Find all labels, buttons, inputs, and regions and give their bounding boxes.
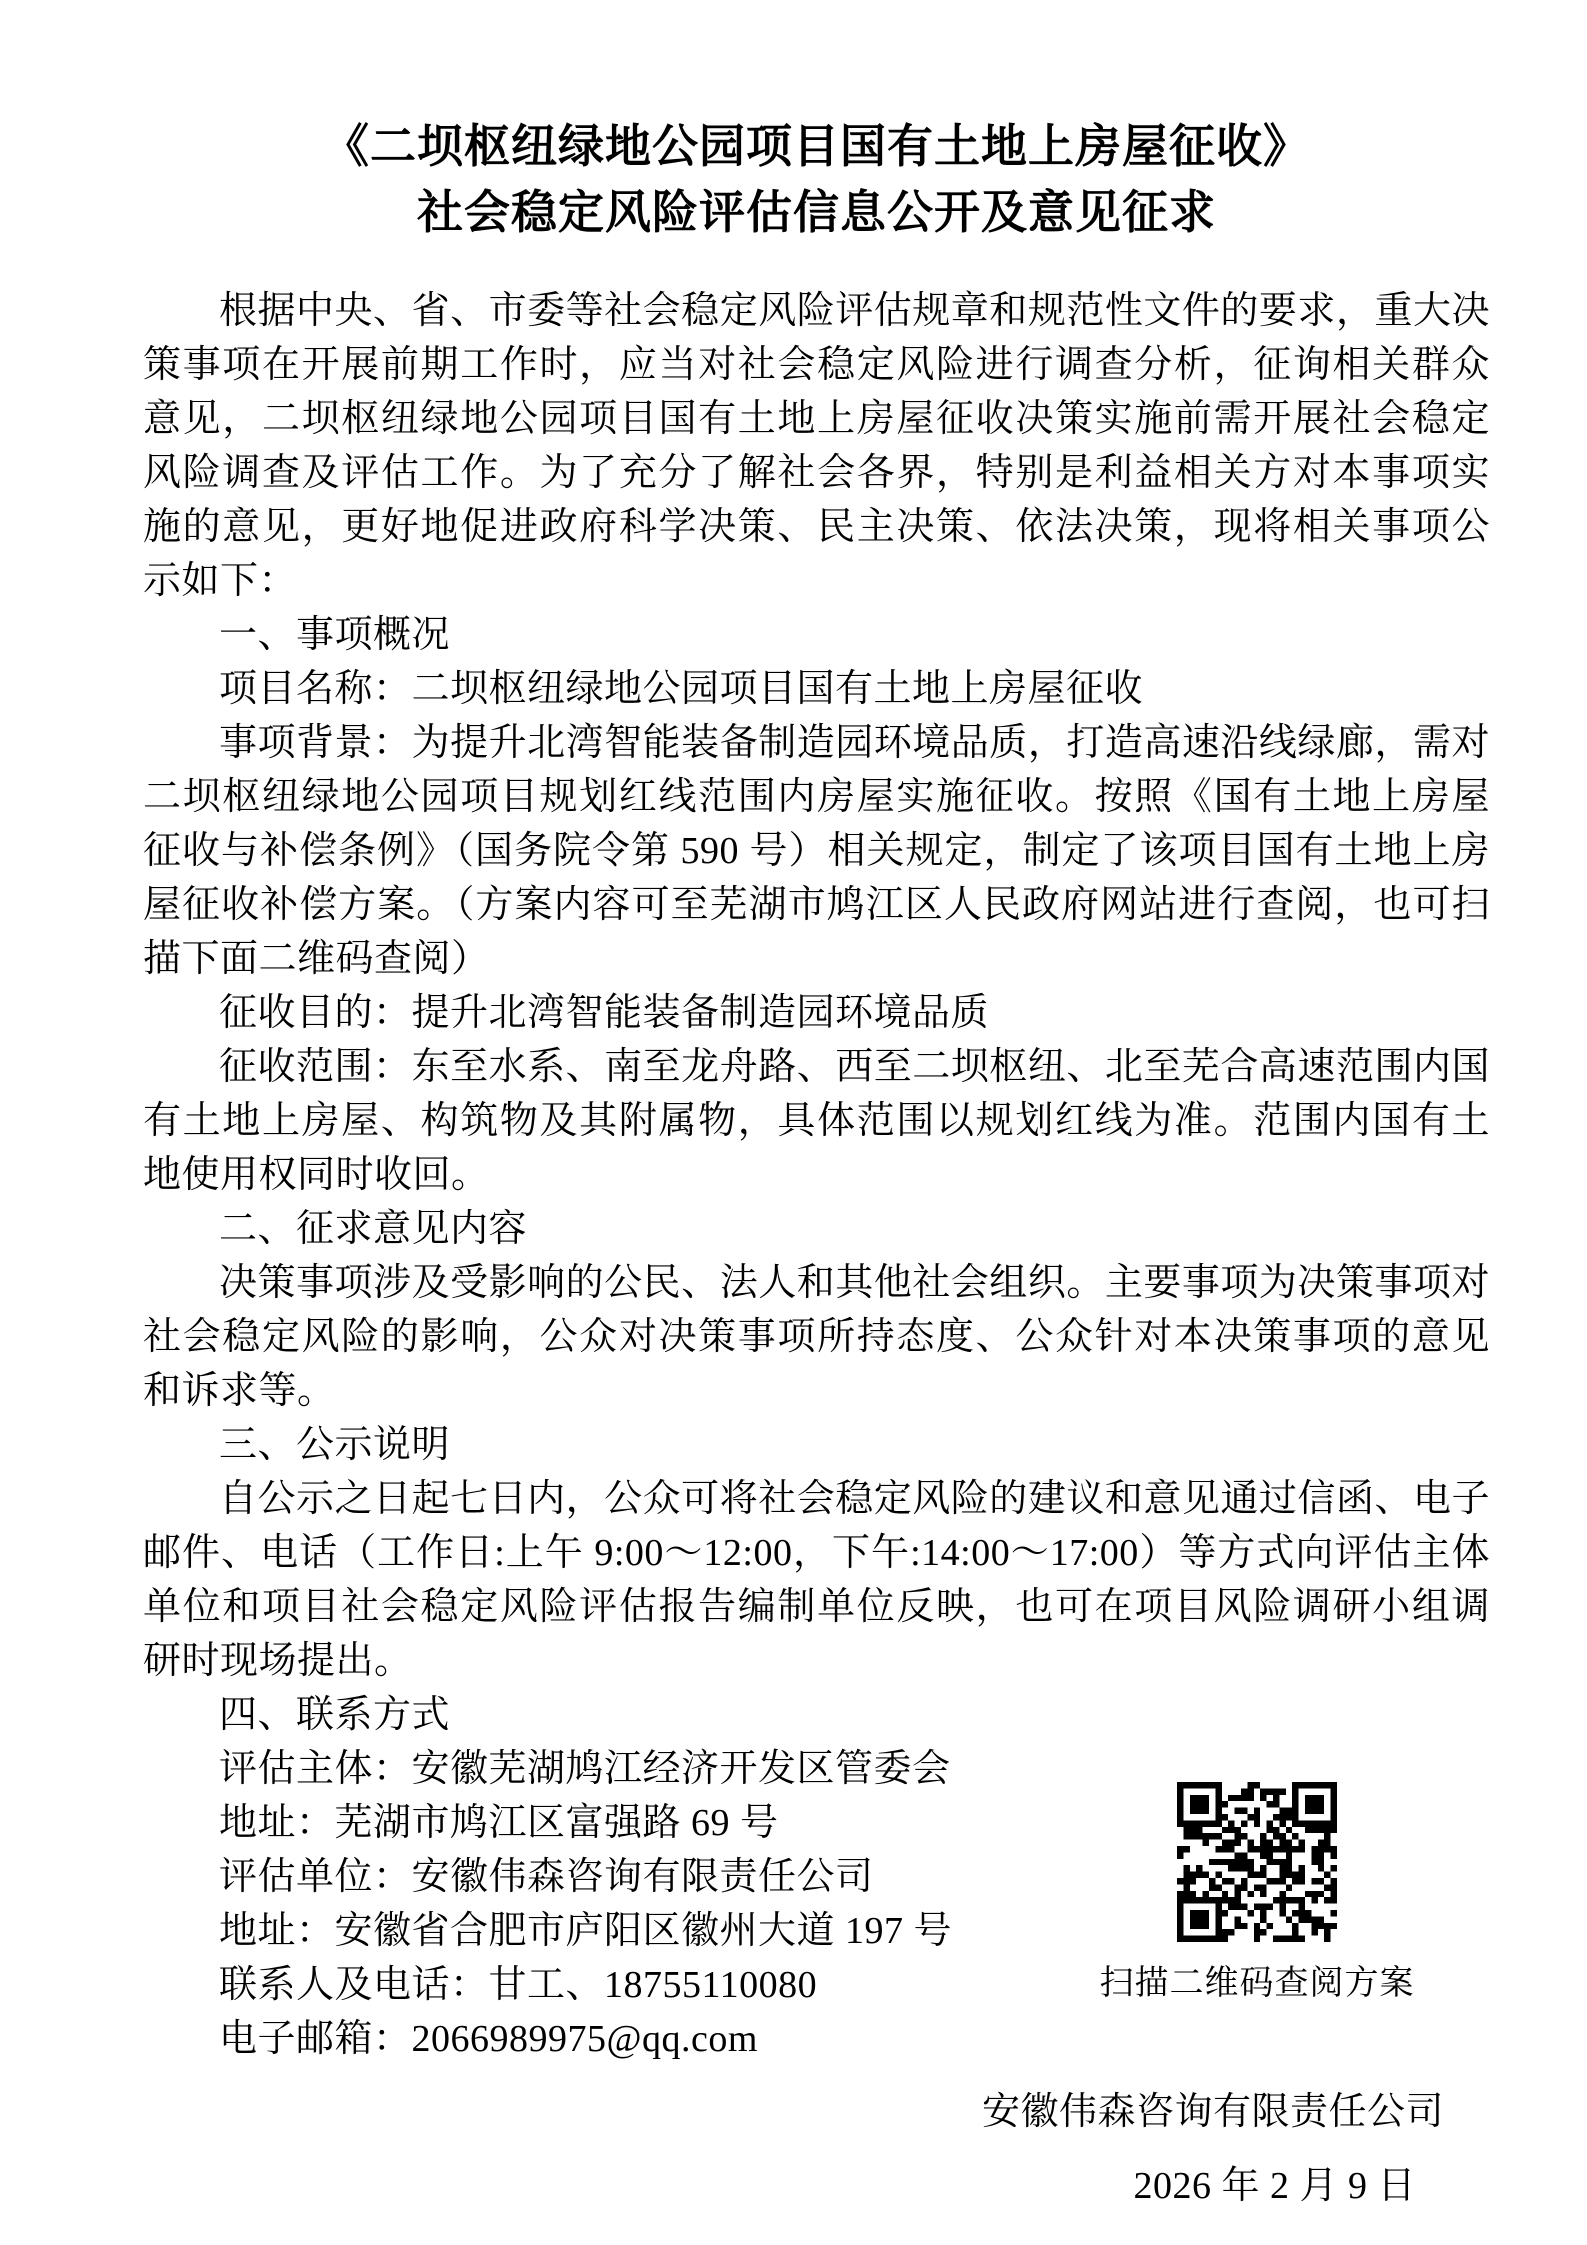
intro-paragraph: 根据中央、省、市委等社会稳定风险评估规章和规范性文件的要求，重大决策事项在开展前…: [143, 284, 1490, 608]
document-title: 《二坝枢纽绿地公园项目国有土地上房屋征收》 社会稳定风险评估信息公开及意见征求: [143, 114, 1490, 246]
contact-section: 评估主体：安徽芜湖鸠江经济开发区管委会 地址：芜湖市鸠江区富强路 69 号 评估…: [143, 1742, 1490, 2066]
section-3-heading: 三、公示说明: [143, 1418, 1490, 1472]
signature-block: 安徽伟森咨询有限责任公司 2026 年 2 月 9 日: [143, 2075, 1490, 2223]
document-title-line-1: 《二坝枢纽绿地公园项目国有土地上房屋征收》: [143, 114, 1490, 180]
qr-block: 扫描二维码查阅方案: [1097, 1782, 1417, 2004]
section-4-heading: 四、联系方式: [143, 1688, 1490, 1742]
background-paragraph: 事项背景：为提升北湾智能装备制造园环境品质，打造高速沿线绿廊，需对二坝枢纽绿地公…: [143, 716, 1490, 986]
qr-code-image: [1177, 1782, 1337, 1942]
document-page: 《二坝枢纽绿地公园项目国有土地上房屋征收》 社会稳定风险评估信息公开及意见征求 …: [0, 0, 1587, 2245]
expropriation-scope-paragraph: 征收范围：东至水系、南至龙舟路、西至二坝枢纽、北至芜合高速范围内国有土地上房屋、…: [143, 1040, 1490, 1202]
qr-caption: 扫描二维码查阅方案: [1097, 1964, 1417, 2004]
signature-company: 安徽伟森咨询有限责任公司: [143, 2075, 1444, 2149]
document-title-line-2: 社会稳定风险评估信息公开及意见征求: [143, 180, 1490, 246]
notice-paragraph: 自公示之日起七日内，公众可将社会稳定风险的建议和意见通过信函、电子邮件、电话（工…: [143, 1472, 1490, 1688]
project-name-line: 项目名称：二坝枢纽绿地公园项目国有土地上房屋征收: [143, 662, 1490, 716]
document-content: 《二坝枢纽绿地公园项目国有土地上房屋征收》 社会稳定风险评估信息公开及意见征求 …: [143, 114, 1490, 2223]
contact-email-line: 电子邮箱：2066989975@qq.com: [143, 2012, 1490, 2066]
feedback-content-paragraph: 决策事项涉及受影响的公民、法人和其他社会组织。主要事项为决策事项对社会稳定风险的…: [143, 1256, 1490, 1418]
document-body: 根据中央、省、市委等社会稳定风险评估规章和规范性文件的要求，重大决策事项在开展前…: [143, 284, 1490, 2223]
section-2-heading: 二、征求意见内容: [143, 1202, 1490, 1256]
section-1-heading: 一、事项概况: [143, 608, 1490, 662]
signature-date: 2026 年 2 月 9 日: [143, 2149, 1416, 2223]
expropriation-purpose-line: 征收目的：提升北湾智能装备制造园环境品质: [143, 986, 1490, 1040]
